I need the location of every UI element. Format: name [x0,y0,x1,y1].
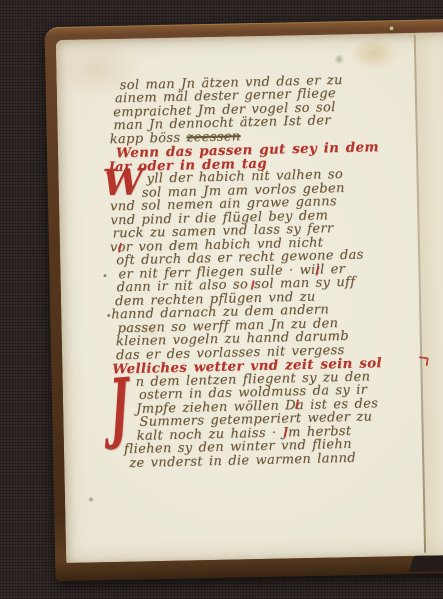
photo-background: sol man Jn ätzen vnd das er zuainem mäl … [0,0,443,599]
manuscript-book: sol man Jn ätzen vnd das er zuainem mäl … [44,19,443,581]
cover-corner-gap [409,555,443,572]
margin-dot [109,447,112,450]
margin-dot [103,274,106,277]
rubric-tick [418,356,429,366]
manuscript-page: sol man Jn ätzen vnd das er zuainem mäl … [56,32,443,563]
leather-clasp-hole [390,26,394,30]
rubric-initial-w: W [102,164,143,201]
rubric-initial-j: J [108,369,130,447]
margin-dot [107,314,110,317]
manuscript-text-block: sol man Jn ätzen vnd das er zuainem mäl … [56,32,443,563]
